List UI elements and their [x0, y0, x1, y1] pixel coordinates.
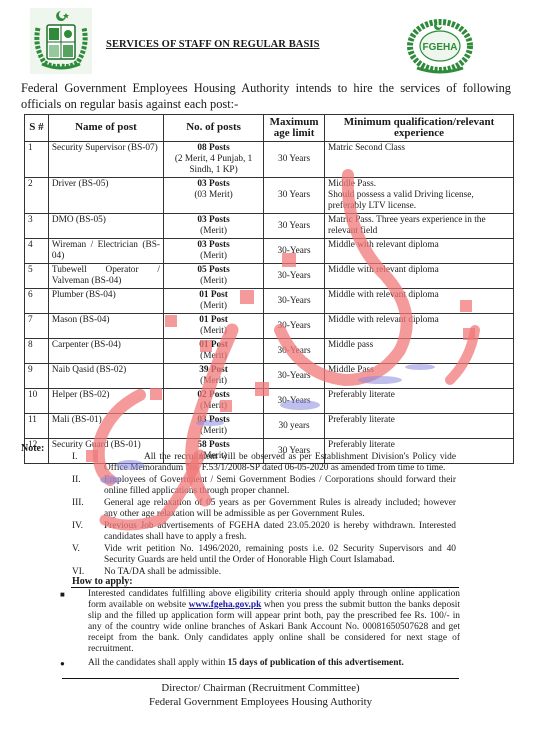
qualification-line: Matric Second Class	[328, 143, 510, 154]
qualification: Matric Pass. Three years experience in t…	[325, 214, 514, 239]
note-number: III.	[72, 498, 104, 520]
header-serial-number: S #	[25, 115, 49, 142]
table-row: 11Mali (BS-01)03 Posts(Merit)30 yearsPre…	[25, 414, 514, 439]
how-to-apply-list: ■ Interested candidates fulfilling above…	[60, 589, 460, 672]
post-count: 02 Posts(Merit)	[163, 389, 263, 414]
serial-number: 3	[25, 214, 49, 239]
age-limit: 30-Years	[264, 239, 325, 264]
apply-deadline-item: ● All the candidates shall apply within …	[60, 658, 460, 669]
qualification: Matric Second Class	[325, 142, 514, 178]
post-name: Tubewell Operator / Valveman (BS-04)	[48, 264, 163, 289]
qualification: Preferably literate	[325, 389, 514, 414]
table-row: 10Helper (BS-02)02 Posts(Merit)30-YearsP…	[25, 389, 514, 414]
age-limit: 30 Years	[264, 178, 325, 214]
qualification-line: Matric Pass. Three years experience in t…	[328, 215, 510, 237]
table-row: 3DMO (BS-05)03 Posts(Merit)30 YearsMatri…	[25, 214, 514, 239]
page-title: SERVICES OF STAFF ON REGULAR BASIS	[106, 39, 320, 50]
header-number-of-posts: No. of posts	[163, 115, 263, 142]
age-limit: 30-Years	[264, 264, 325, 289]
notes-list: I.All the recruitment will be observed a…	[72, 452, 456, 579]
header-name-of-post: Name of post	[48, 115, 163, 142]
apply-instruction-item: ■ Interested candidates fulfilling above…	[60, 589, 460, 655]
serial-number: 11	[25, 414, 49, 439]
post-count: 01 Post(Merit)	[163, 289, 263, 314]
table-row: 8Carpenter (BS-04)01 Post(Merit)30-Years…	[25, 339, 514, 364]
note-label: Note:	[21, 443, 44, 454]
post-name: Mason (BS-04)	[48, 314, 163, 339]
note-item: IV.Previous Job advertisements of FGEHA …	[72, 521, 456, 543]
qualification: Middle Pass	[325, 364, 514, 389]
post-count: 01 Post(Merit)	[163, 339, 263, 364]
signatory-organization: Federal Government Employees Housing Aut…	[62, 695, 459, 709]
serial-number: 8	[25, 339, 49, 364]
how-to-apply-divider	[71, 587, 459, 588]
website-link[interactable]: www.fgeha.gov.pk	[189, 600, 262, 610]
age-limit: 30-Years	[264, 289, 325, 314]
post-count: 03 Posts(Merit)	[163, 239, 263, 264]
note-number: II.	[72, 475, 104, 497]
post-count: 03 Posts(03 Merit)	[163, 178, 263, 214]
posts-table: S # Name of post No. of posts Maximum ag…	[24, 114, 514, 464]
post-name: Naib Qasid (BS-02)	[48, 364, 163, 389]
post-name: Wireman / Electrician (BS-04)	[48, 239, 163, 264]
table-row: 2Driver (BS-05)03 Posts(03 Merit)30 Year…	[25, 178, 514, 214]
intro-paragraph: Federal Government Employees Housing Aut…	[21, 80, 511, 112]
post-name: Driver (BS-05)	[48, 178, 163, 214]
table-row: 9Naib Qasid (BS-02)39 Post(Merit)30-Year…	[25, 364, 514, 389]
note-number: V.	[72, 544, 104, 566]
post-count: 03 Posts(Merit)	[163, 414, 263, 439]
serial-number: 5	[25, 264, 49, 289]
qualification-line: Preferably literate	[328, 440, 510, 451]
signatory-title: Director/ Chairman (Recruitment Committe…	[62, 681, 459, 695]
qualification-line: Middle pass	[328, 340, 510, 351]
post-name: Mali (BS-01)	[48, 414, 163, 439]
note-item: II.Employees of Government / Semi Govern…	[72, 475, 456, 497]
qualification-line: Preferably literate	[328, 415, 510, 426]
qualification: Middle pass	[325, 339, 514, 364]
qualification-line: Middle with relevant diploma	[328, 265, 510, 276]
note-text: Previous Job advertisements of FGEHA dat…	[104, 521, 456, 543]
age-limit: 30-Years	[264, 389, 325, 414]
age-limit: 30 years	[264, 414, 325, 439]
table-row: 5Tubewell Operator / Valveman (BS-04)05 …	[25, 264, 514, 289]
post-name: DMO (BS-05)	[48, 214, 163, 239]
table-header-row: S # Name of post No. of posts Maximum ag…	[25, 115, 514, 142]
note-item: I.All the recruitment will be observed a…	[72, 452, 456, 474]
signature-block: Director/ Chairman (Recruitment Committe…	[62, 681, 459, 709]
qualification-line: Middle with relevant diploma	[328, 290, 510, 301]
qualification-line: Should possess a valid Driving license, …	[328, 190, 510, 212]
how-to-apply-heading: How to apply:	[72, 576, 133, 587]
qualification-line: Middle Pass.	[328, 179, 510, 190]
post-count: 03 Posts(Merit)	[163, 214, 263, 239]
note-number: I.	[72, 452, 104, 474]
government-emblem-logo	[30, 8, 92, 74]
qualification-line: Middle Pass	[328, 365, 510, 376]
post-count: 01 Post(Merit)	[163, 314, 263, 339]
qualification-line: Middle with relevant diploma	[328, 315, 510, 326]
table-row: 6Plumber (BS-04)01 Post(Merit)30-YearsMi…	[25, 289, 514, 314]
post-name: Security Supervisor (BS-07)	[48, 142, 163, 178]
note-text: Vide writ petition No. 1496/2020, remain…	[104, 544, 456, 566]
note-text: Employees of Government / Semi Governmen…	[104, 475, 456, 497]
header-max-age: Maximum age limit	[264, 115, 325, 142]
table-row: 1Security Supervisor (BS-07)08 Posts(2 M…	[25, 142, 514, 178]
table-row: 4Wireman / Electrician (BS-04)03 Posts(M…	[25, 239, 514, 264]
post-name: Helper (BS-02)	[48, 389, 163, 414]
serial-number: 6	[25, 289, 49, 314]
header-qualification: Minimum qualification/relevant experienc…	[325, 115, 514, 142]
serial-number: 10	[25, 389, 49, 414]
age-limit: 30 Years	[264, 142, 325, 178]
note-item: V.Vide writ petition No. 1496/2020, rema…	[72, 544, 456, 566]
qualification: Middle Pass.Should possess a valid Drivi…	[325, 178, 514, 214]
note-text: All the recruitment will be observed as …	[104, 452, 456, 474]
fgeha-logo: FGEHA	[405, 14, 475, 76]
signature-divider	[62, 678, 459, 679]
serial-number: 7	[25, 314, 49, 339]
note-number: IV.	[72, 521, 104, 543]
note-text: General age relaxation of 05 years as pe…	[104, 498, 456, 520]
post-name: Carpenter (BS-04)	[48, 339, 163, 364]
post-name: Plumber (BS-04)	[48, 289, 163, 314]
svg-text:FGEHA: FGEHA	[423, 42, 458, 53]
note-item: III.General age relaxation of 05 years a…	[72, 498, 456, 520]
post-count: 08 Posts(2 Merit, 4 Punjab, 1 Sindh, 1 K…	[163, 142, 263, 178]
note-text: No TA/DA shall be admissible.	[104, 567, 456, 578]
qualification-line: Preferably literate	[328, 390, 510, 401]
qualification-line: Middle with relevant diploma	[328, 240, 510, 251]
qualification: Preferably literate	[325, 414, 514, 439]
bullet-dot-icon: ●	[60, 658, 88, 669]
table-row: 7Mason (BS-04)01 Post(Merit)30-YearsMidd…	[25, 314, 514, 339]
age-limit: 30 Years	[264, 214, 325, 239]
serial-number: 4	[25, 239, 49, 264]
serial-number: 9	[25, 364, 49, 389]
qualification: Middle with relevant diploma	[325, 289, 514, 314]
qualification: Middle with relevant diploma	[325, 239, 514, 264]
post-count: 39 Post(Merit)	[163, 364, 263, 389]
bullet-square-icon: ■	[60, 589, 88, 655]
age-limit: 30-Years	[264, 314, 325, 339]
age-limit: 30-Years	[264, 339, 325, 364]
serial-number: 2	[25, 178, 49, 214]
qualification: Middle with relevant diploma	[325, 314, 514, 339]
age-limit: 30-Years	[264, 364, 325, 389]
serial-number: 1	[25, 142, 49, 178]
qualification: Middle with relevant diploma	[325, 264, 514, 289]
post-count: 05 Posts(Merit)	[163, 264, 263, 289]
